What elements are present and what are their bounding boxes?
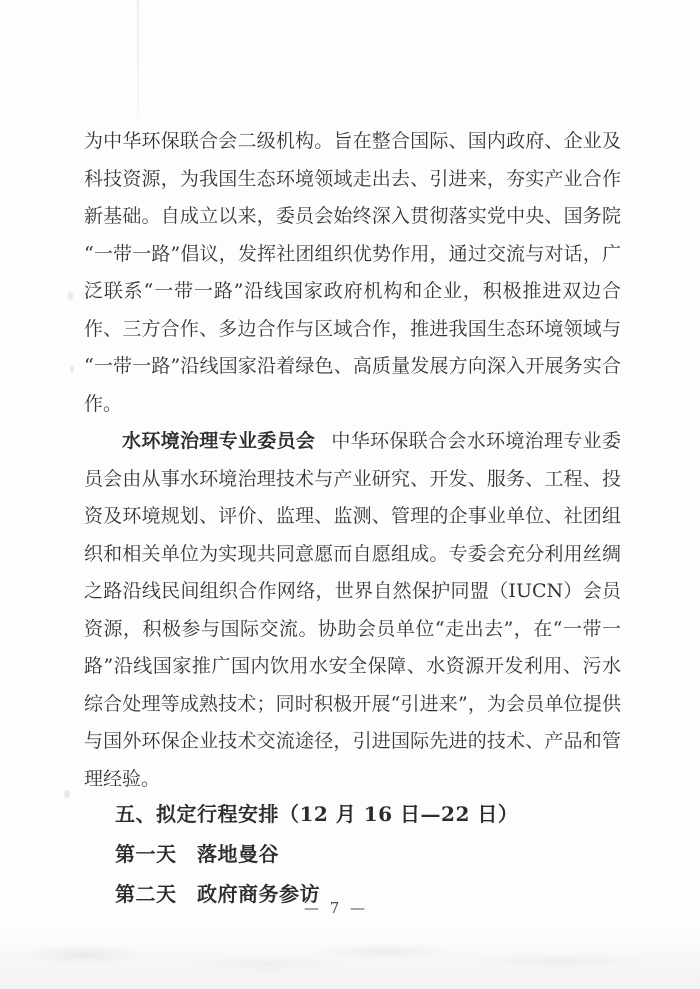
scan-artifact-speck <box>64 790 70 798</box>
scan-artifact-speck <box>70 366 74 373</box>
water-committee-text: 中华环保联合会水环境治理专业委员会由从事水环境治理技术与产业研究、开发、服务、工… <box>84 430 621 790</box>
water-committee-heading: 水环境治理专业委员会 <box>122 430 315 452</box>
scan-artifact-streak <box>137 0 139 118</box>
paragraph-committee-intro: 为中华环保联合会二级机构。旨在整合国际、国内政府、企业及科技资源，为我国生态环境… <box>84 123 621 423</box>
document-page: 为中华环保联合会二级机构。旨在整合国际、国内政府、企业及科技资源，为我国生态环境… <box>0 0 700 989</box>
paragraph-water-committee: 水环境治理专业委员会中华环保联合会水环境治理专业委员会由从事水环境治理技术与产业… <box>84 423 621 798</box>
document-body: 为中华环保联合会二级机构。旨在整合国际、国内政府、企业及科技资源，为我国生态环境… <box>84 123 621 914</box>
schedule-day-1: 第一天 落地曼谷 <box>84 834 621 874</box>
scan-artifact-noise-band <box>0 927 700 989</box>
page-number: — 7 — <box>0 899 672 917</box>
section-heading-itinerary: 五、拟定行程安排（12 月 16 日—22 日） <box>84 794 621 834</box>
scan-artifact-speck <box>68 292 73 300</box>
